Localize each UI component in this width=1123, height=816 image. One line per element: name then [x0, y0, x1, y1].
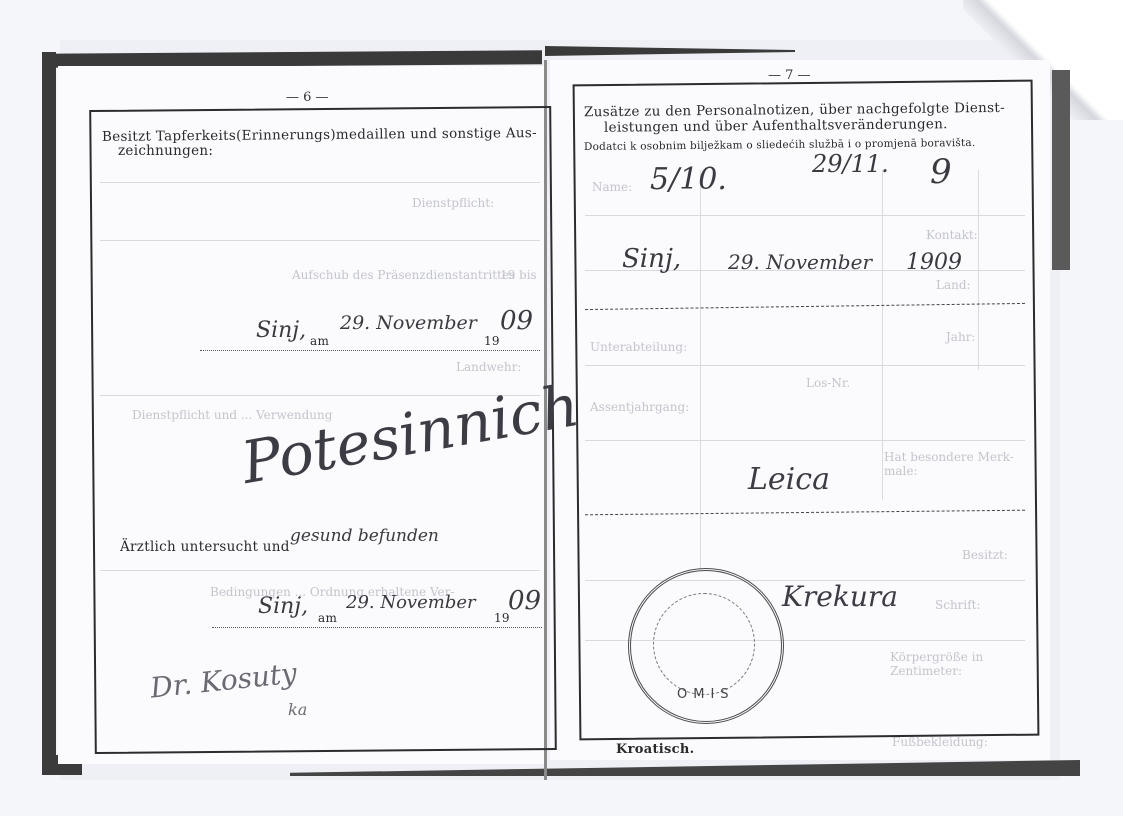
entry-year: 1909 [906, 250, 962, 275]
date-line-1 [200, 350, 540, 351]
year-prefix-1: 19 [484, 333, 500, 349]
date-line-2 [212, 627, 542, 628]
signature-krekura: Krekura [782, 580, 898, 613]
place-handwritten-1: Sinj, [256, 318, 306, 343]
year-handwritten-1: 09 [500, 306, 533, 336]
entry-date-2: 29/11. [812, 150, 889, 178]
entry-date-handwritten: 29. November [728, 250, 872, 274]
stamp-inner-ring [653, 593, 755, 695]
entry-year-short: 9 [930, 152, 952, 192]
entry-place: Sinj, [622, 244, 681, 274]
entry-day-month: 5/10. [650, 162, 727, 197]
stamp-text: OMIS [677, 687, 735, 702]
am-label-2: am [318, 610, 337, 626]
signature-leica: Leica [748, 462, 830, 497]
cover-edge-left [42, 52, 56, 767]
medals-heading-cont: zeichnungen: [118, 143, 213, 159]
place-handwritten-2: Sinj, [258, 594, 308, 619]
am-label-1: am [310, 333, 329, 349]
date-handwritten-1: 29. November [340, 312, 477, 334]
left-page-number: — 6 — [286, 90, 329, 105]
right-page-number: — 7 — [768, 68, 811, 83]
language-footer: Kroatisch. [616, 742, 694, 758]
medical-label: Ärztlich untersucht und [120, 539, 290, 555]
doctor-signature-suffix: ka [288, 700, 307, 719]
year-handwritten-2: 09 [508, 586, 541, 616]
official-stamp: OMIS [628, 568, 784, 724]
ghost-text: Fußbekleidung: [892, 735, 988, 749]
medical-result-handwritten: gesund befunden [290, 526, 439, 546]
date-handwritten-2: 29. November [346, 592, 476, 613]
cover-edge-right [1052, 70, 1070, 270]
